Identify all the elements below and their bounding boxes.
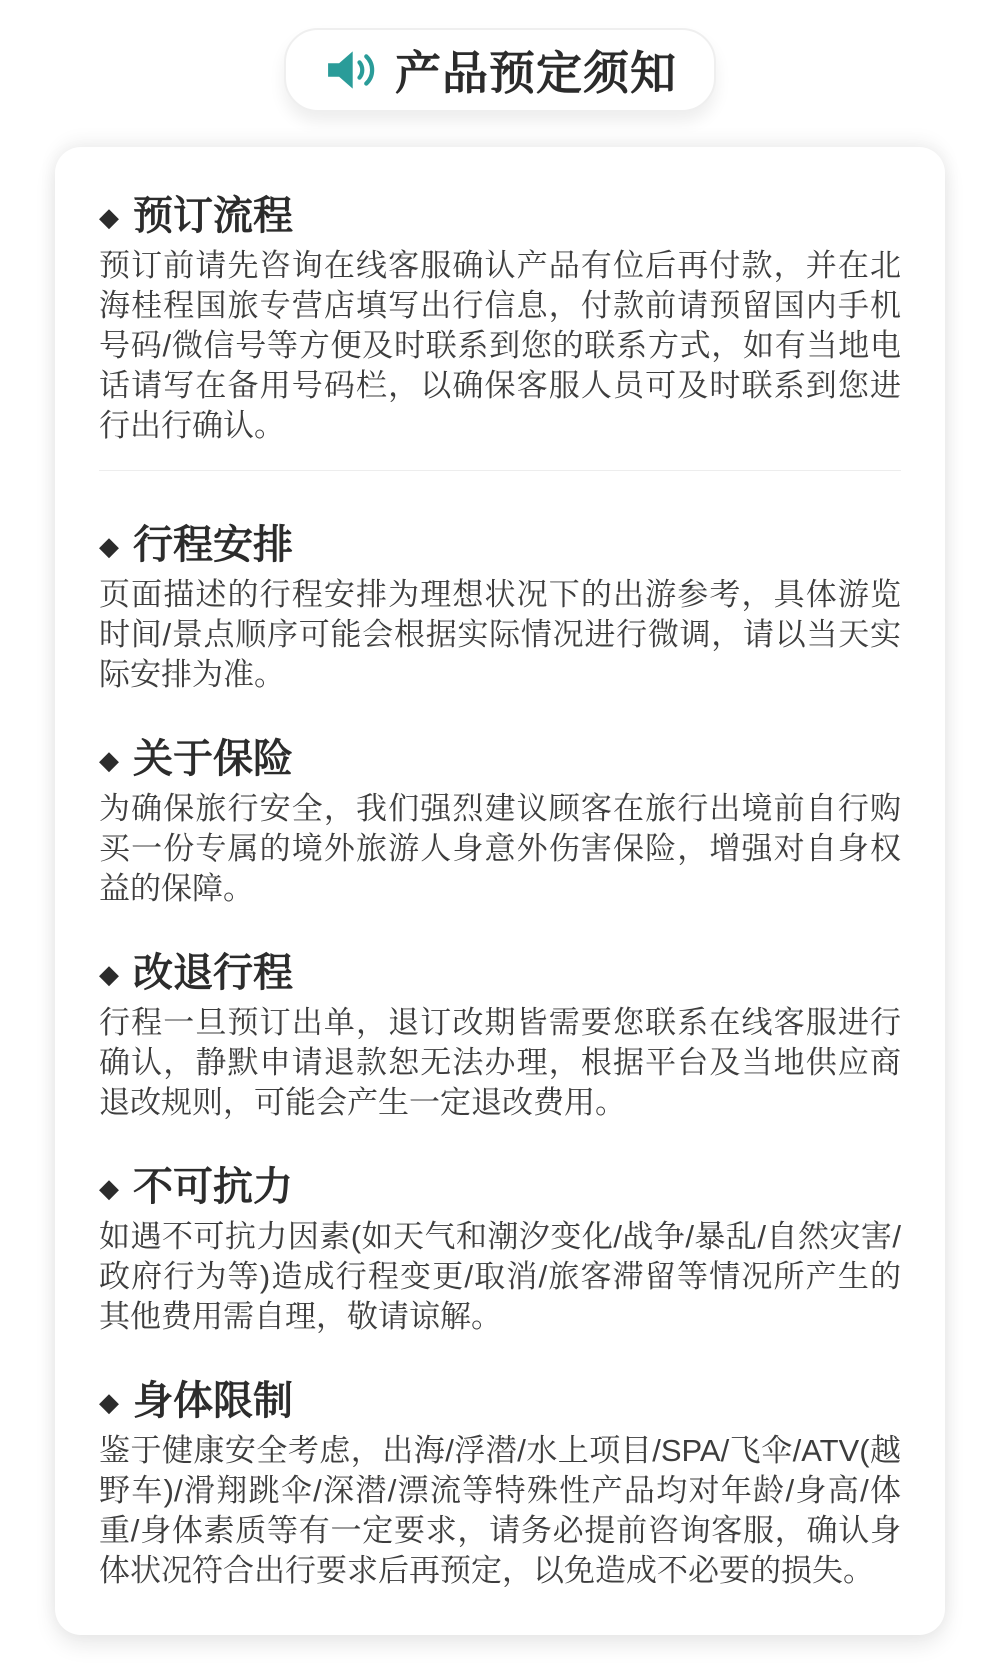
- diamond-bullet-icon: ◆: [99, 747, 119, 773]
- section-booking-process: ◆ 预订流程 预订前请先咨询在线客服确认产品有位后再付款，并在北海桂程国旅专营店…: [99, 192, 901, 446]
- section-title: ◆ 行程安排: [99, 521, 901, 569]
- section-title-text: 预订流程: [133, 192, 293, 240]
- section-title-text: 改退行程: [133, 949, 293, 997]
- section-body-text: 页面描述的行程安排为理想状况下的出游参考，具体游览时间/景点顺序可能会根据实际情…: [99, 575, 901, 695]
- section-body-text: 鉴于健康安全考虑，出海/浮潜/水上项目/SPA/飞伞/ATV(越野车)/滑翔跳伞…: [99, 1431, 901, 1591]
- header-pill: 产品预定须知: [284, 28, 716, 112]
- section-title: ◆ 改退行程: [99, 949, 901, 997]
- section-title-text: 行程安排: [133, 521, 293, 569]
- page-title: 产品预定须知: [395, 37, 677, 103]
- diamond-bullet-icon: ◆: [99, 1175, 119, 1201]
- section-divider: [99, 470, 901, 471]
- notice-card: ◆ 预订流程 预订前请先咨询在线客服确认产品有位后再付款，并在北海桂程国旅专营店…: [55, 147, 945, 1635]
- diamond-bullet-icon: ◆: [99, 1389, 119, 1415]
- section-change-refund: ◆ 改退行程 行程一旦预订出单，退订改期皆需要您联系在线客服进行确认，静默申请退…: [99, 949, 901, 1123]
- section-insurance: ◆ 关于保险 为确保旅行安全，我们强烈建议顾客在旅行出境前自行购买一份专属的境外…: [99, 735, 901, 909]
- diamond-bullet-icon: ◆: [99, 961, 119, 987]
- section-title: ◆ 预订流程: [99, 192, 901, 240]
- section-body-text: 行程一旦预订出单，退订改期皆需要您联系在线客服进行确认，静默申请退款恕无法办理，…: [99, 1003, 901, 1123]
- section-title-text: 不可抗力: [133, 1163, 293, 1211]
- section-title-text: 关于保险: [133, 735, 293, 783]
- section-body-text: 如遇不可抗力因素(如天气和潮汐变化/战争/暴乱/自然灾害/政府行为等)造成行程变…: [99, 1217, 901, 1337]
- section-physical-restrictions: ◆ 身体限制 鉴于健康安全考虑，出海/浮潜/水上项目/SPA/飞伞/ATV(越野…: [99, 1377, 901, 1591]
- section-title: ◆ 不可抗力: [99, 1163, 901, 1211]
- speaker-icon: [323, 48, 379, 92]
- section-force-majeure: ◆ 不可抗力 如遇不可抗力因素(如天气和潮汐变化/战争/暴乱/自然灾害/政府行为…: [99, 1163, 901, 1337]
- diamond-bullet-icon: ◆: [99, 533, 119, 559]
- section-body-text: 预订前请先咨询在线客服确认产品有位后再付款，并在北海桂程国旅专营店填写出行信息，…: [99, 246, 901, 446]
- diamond-bullet-icon: ◆: [99, 204, 119, 230]
- section-title: ◆ 身体限制: [99, 1377, 901, 1425]
- section-body-text: 为确保旅行安全，我们强烈建议顾客在旅行出境前自行购买一份专属的境外旅游人身意外伤…: [99, 789, 901, 909]
- booking-notice-page: 产品预定须知 ◆ 预订流程 预订前请先咨询在线客服确认产品有位后再付款，并在北海…: [0, 0, 1000, 1635]
- section-title-text: 身体限制: [133, 1377, 293, 1425]
- section-itinerary: ◆ 行程安排 页面描述的行程安排为理想状况下的出游参考，具体游览时间/景点顺序可…: [99, 521, 901, 695]
- section-title: ◆ 关于保险: [99, 735, 901, 783]
